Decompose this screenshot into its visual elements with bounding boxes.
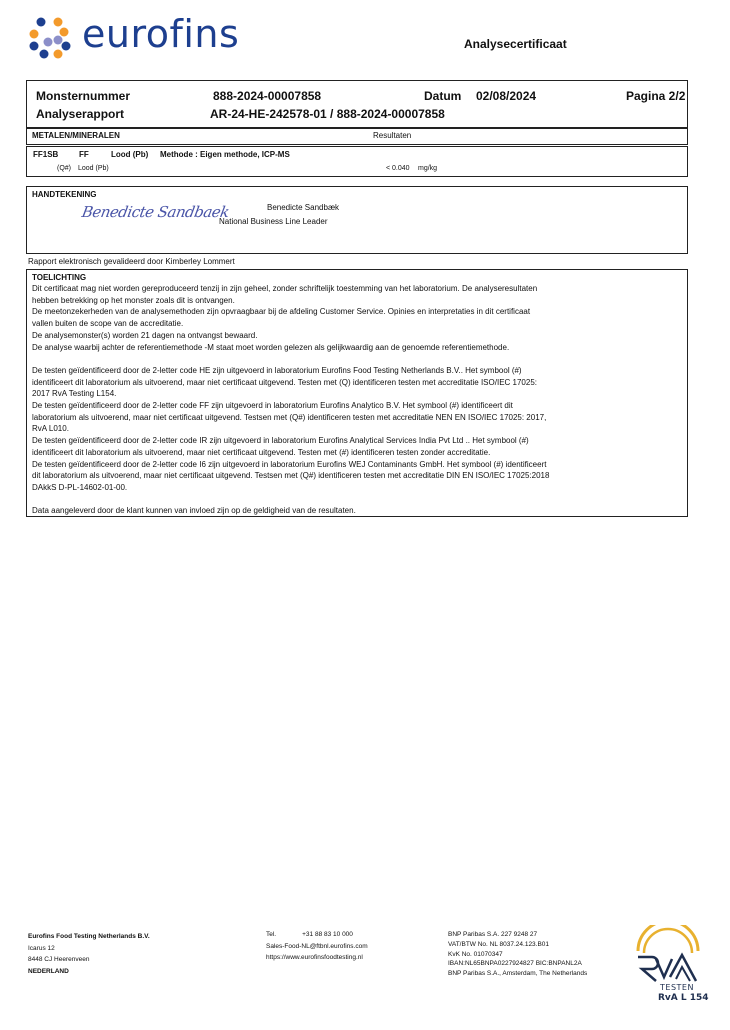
rva-testen-label: TESTEN — [660, 983, 694, 992]
notes-line: DAkkS D-PL-14602-01-00. — [32, 482, 682, 494]
notes-line: De testen geïdentificeerd door de 2-lett… — [32, 400, 682, 412]
footer-contact: Tel.+31 88 83 10 000 Sales-Food-NL@ftbnl… — [266, 929, 368, 964]
notes-line: De analysemonster(s) worden 21 dagen na … — [32, 330, 682, 342]
qualifier: (Q#) — [57, 165, 71, 172]
analyte-sub: Lood (Pb) — [78, 165, 109, 172]
analyserapport-value: AR-24-HE-242578-01 / 888-2024-00007858 — [210, 107, 445, 121]
notes-line: dit laboratorium als uitvoerend, maar ni… — [32, 470, 682, 482]
signatory-role: National Business Line Leader — [219, 217, 328, 226]
footer-street: Icarus 12 — [28, 943, 150, 955]
notes-line: 2017 RvA Testing L154. — [32, 388, 682, 400]
footer-email[interactable]: Sales-Food-NL@ftbnl.eurofins.com — [266, 941, 368, 953]
notes-line: vallen buiten de scope van de accreditat… — [32, 318, 682, 330]
datum-value: 02/08/2024 — [476, 89, 536, 103]
eurofins-logo: eurofins — [28, 16, 243, 60]
tel-value: +31 88 83 10 000 — [302, 931, 353, 938]
notes-line: De testen geïdentificeerd door de 2-lett… — [32, 365, 682, 377]
result-row: FF1SB FF Lood (Pb) Methode : Eigen metho… — [26, 146, 688, 177]
lab-code: FF — [79, 150, 89, 159]
notes-title: TOELICHTING — [32, 273, 86, 282]
section-title: METALEN/MINERALEN — [32, 131, 120, 140]
footer-bank: BNP Paribas S.A. 227 9248 27 VAT/BTW No.… — [448, 930, 587, 979]
footer-country: NEDERLAND — [28, 966, 150, 978]
brand-name: eurofins — [82, 12, 239, 56]
tel-label: Tel. — [266, 931, 276, 938]
notes-body: Dit certificaat mag niet worden gereprod… — [32, 283, 682, 517]
document-title: Analysecertificaat — [464, 37, 567, 51]
monsternummer-value: 888-2024-00007858 — [213, 89, 321, 103]
notes-line: hebben betrekking op het monster zoals d… — [32, 295, 682, 307]
notes-line — [32, 494, 682, 506]
signature-title: HANDTEKENING — [32, 190, 96, 199]
notes-line: De testen geïdentificeerd door de 2-lett… — [32, 435, 682, 447]
page-number: Pagina 2/2 — [626, 89, 685, 103]
method: Methode : Eigen methode, ICP-MS — [160, 150, 290, 159]
notes-line: identificeert dit laboratorium als uitvo… — [32, 447, 682, 459]
handwritten-signature: Benedicte Sandbaek — [80, 203, 230, 221]
report-info-box: Monsternummer 888-2024-00007858 Datum 02… — [26, 80, 688, 128]
eurofins-dots-icon — [28, 16, 76, 60]
signatory-name: Benedicte Sandbæk — [267, 203, 339, 212]
rva-accreditation-logo: TESTEN RvA L 154 — [630, 925, 710, 1005]
notes-line: De testen geïdentificeerd door de 2-lett… — [32, 459, 682, 471]
validated-text: Rapport elektronisch gevalideerd door Ki… — [28, 257, 235, 266]
results-column-header: Resultaten — [373, 131, 411, 140]
section-header: METALEN/MINERALEN Resultaten — [26, 128, 688, 145]
bank-line: BNP Paribas S.A. 227 9248 27 — [448, 930, 587, 940]
footer-company: Eurofins Food Testing Netherlands B.V. — [28, 931, 150, 943]
notes-line: RvA L010. — [32, 423, 682, 435]
notes-line: Dit certificaat mag niet worden gereprod… — [32, 283, 682, 295]
notes-line: De analyse waarbij achter de referentiem… — [32, 342, 682, 354]
notes-line: identificeert dit laboratorium als uitvo… — [32, 377, 682, 389]
bank-line: KvK No. 01070347 — [448, 950, 587, 960]
notes-line — [32, 353, 682, 365]
bank-line: IBAN:NL65BNPA0227924827 BIC:BNPANL2A — [448, 959, 587, 969]
bank-line: BNP Paribas S.A., Amsterdam, The Netherl… — [448, 969, 587, 979]
result-value: < 0.040 — [386, 165, 410, 172]
footer-website[interactable]: https://www.eurofinsfoodtesting.nl — [266, 952, 368, 964]
monsternummer-label: Monsternummer — [36, 89, 130, 103]
notes-box: TOELICHTING Dit certificaat mag niet wor… — [26, 269, 688, 517]
analyserapport-label: Analyserapport — [36, 107, 124, 121]
footer-city: 8448 CJ Heerenveen — [28, 954, 150, 966]
footer-address: Eurofins Food Testing Netherlands B.V. I… — [28, 931, 150, 977]
notes-line: De meetonzekerheden van de analysemethod… — [32, 306, 682, 318]
result-unit: mg/kg — [418, 165, 437, 172]
notes-line: Data aangeleverd door de klant kunnen va… — [32, 505, 682, 517]
analyte-name: Lood (Pb) — [111, 150, 148, 159]
analysis-code: FF1SB — [33, 150, 58, 159]
notes-line: laboratorium als uitvoerend, maar niet c… — [32, 412, 682, 424]
datum-label: Datum — [424, 89, 461, 103]
rva-number-label: RvA L 154 — [658, 993, 709, 1003]
bank-line: VAT/BTW No. NL 8037.24.123.B01 — [448, 940, 587, 950]
signature-box: HANDTEKENING Benedicte Sandbaek Benedict… — [26, 186, 688, 254]
